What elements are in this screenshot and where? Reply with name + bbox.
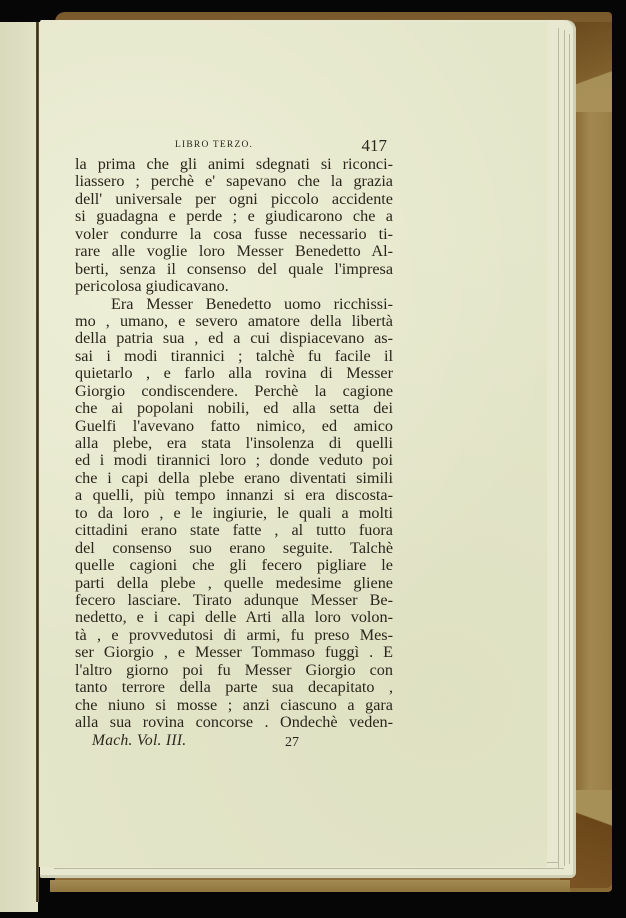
text-line: che ai popolani nobili, ed alla setta de… (75, 400, 393, 417)
text-line: si guadagna e perde ; e giudicarono che … (75, 208, 393, 225)
text-line: l'altro giorno poi fu Messer Giorgio con (75, 662, 393, 679)
text-line: Era Messer Benedetto uomo ricchissi- (75, 296, 393, 313)
body-text: la prima che gli animi sdegnati si ricon… (75, 156, 393, 731)
page-number: 417 (362, 136, 388, 156)
text-line: quietarlo , e farlo alla rovina di Messe… (75, 365, 393, 382)
page-footer: Mach. Vol. III. 27 (75, 732, 393, 754)
cover-fore-edge (575, 22, 612, 884)
text-line: pericolosa giudicavano. (75, 278, 393, 295)
text-line: fecero lasciare. Tirato adunque Messer B… (75, 592, 393, 609)
signature-mark: Mach. Vol. III. (92, 732, 186, 750)
text-line: della patria sua , ed a cui dispiacevano… (75, 330, 393, 347)
text-line: alla plebe, era stata l'insolenza di que… (75, 435, 393, 452)
text-line: del consenso suo erano seguite. Talchè (75, 540, 393, 557)
text-line: mo , umano, e severo amatore della liber… (75, 313, 393, 330)
text-line: ser Giorgio , e Messer Tommaso fuggì . E (75, 644, 393, 661)
text-line: to da loro , e le ingiurie, le quali a m… (75, 505, 393, 522)
text-line: ed i modi tirannici loro ; donde veduto … (75, 452, 393, 469)
page-text-block: LIBRO TERZO. 417 la prima che gli animi … (75, 138, 393, 754)
text-line: parti della plebe , quelle medesime glie… (75, 575, 393, 592)
text-line: Giorgio condiscendere. Perchè la cagione (75, 383, 393, 400)
text-line: che niuno si mosse ; anzi ciascuno a gar… (75, 697, 393, 714)
text-line: che i capi della plebe erano diventati s… (75, 470, 393, 487)
text-line: a quelli, più tempo innanzi si era disco… (75, 487, 393, 504)
text-line: cittadini erano state fatte , al tutto f… (75, 522, 393, 539)
text-line: tanto terrore della parte sua decapitato… (75, 679, 393, 696)
running-head-title: LIBRO TERZO. (175, 140, 253, 150)
gathering-number: 27 (285, 735, 299, 751)
book-photo: LIBRO TERZO. 417 la prima che gli animi … (0, 0, 626, 918)
cover-corner-top (575, 22, 612, 112)
left-page-edge (0, 22, 38, 912)
cover-bottom-edge (50, 880, 570, 892)
text-line: dell' universale per ogni piccolo accide… (75, 191, 393, 208)
text-line: rare alle voglie loro Messer Benedetto A… (75, 243, 393, 260)
text-line: tà , e provvedutosi di armi, fu preso Me… (75, 627, 393, 644)
text-line: sai i modi tirannici ; talchè fu facile … (75, 348, 393, 365)
running-head: LIBRO TERZO. 417 (75, 138, 393, 156)
text-line: nedetto, e i capi delle Arti alla loro v… (75, 609, 393, 626)
text-line: voler condurre la cosa fusse necessario … (75, 226, 393, 243)
text-line: liassero ; perchè e' sapevano che la gra… (75, 173, 393, 190)
text-line: la prima che gli animi sdegnati si ricon… (75, 156, 393, 173)
text-line: Guelfi l'avevano fatto nimico, ed amico (75, 418, 393, 435)
text-line: alla sua rovina concorse . Ondechè veden… (75, 714, 393, 731)
text-line: berti, senza il consenso del quale l'imp… (75, 261, 393, 278)
text-line: quelle cagioni che gli fecero pigliare l… (75, 557, 393, 574)
